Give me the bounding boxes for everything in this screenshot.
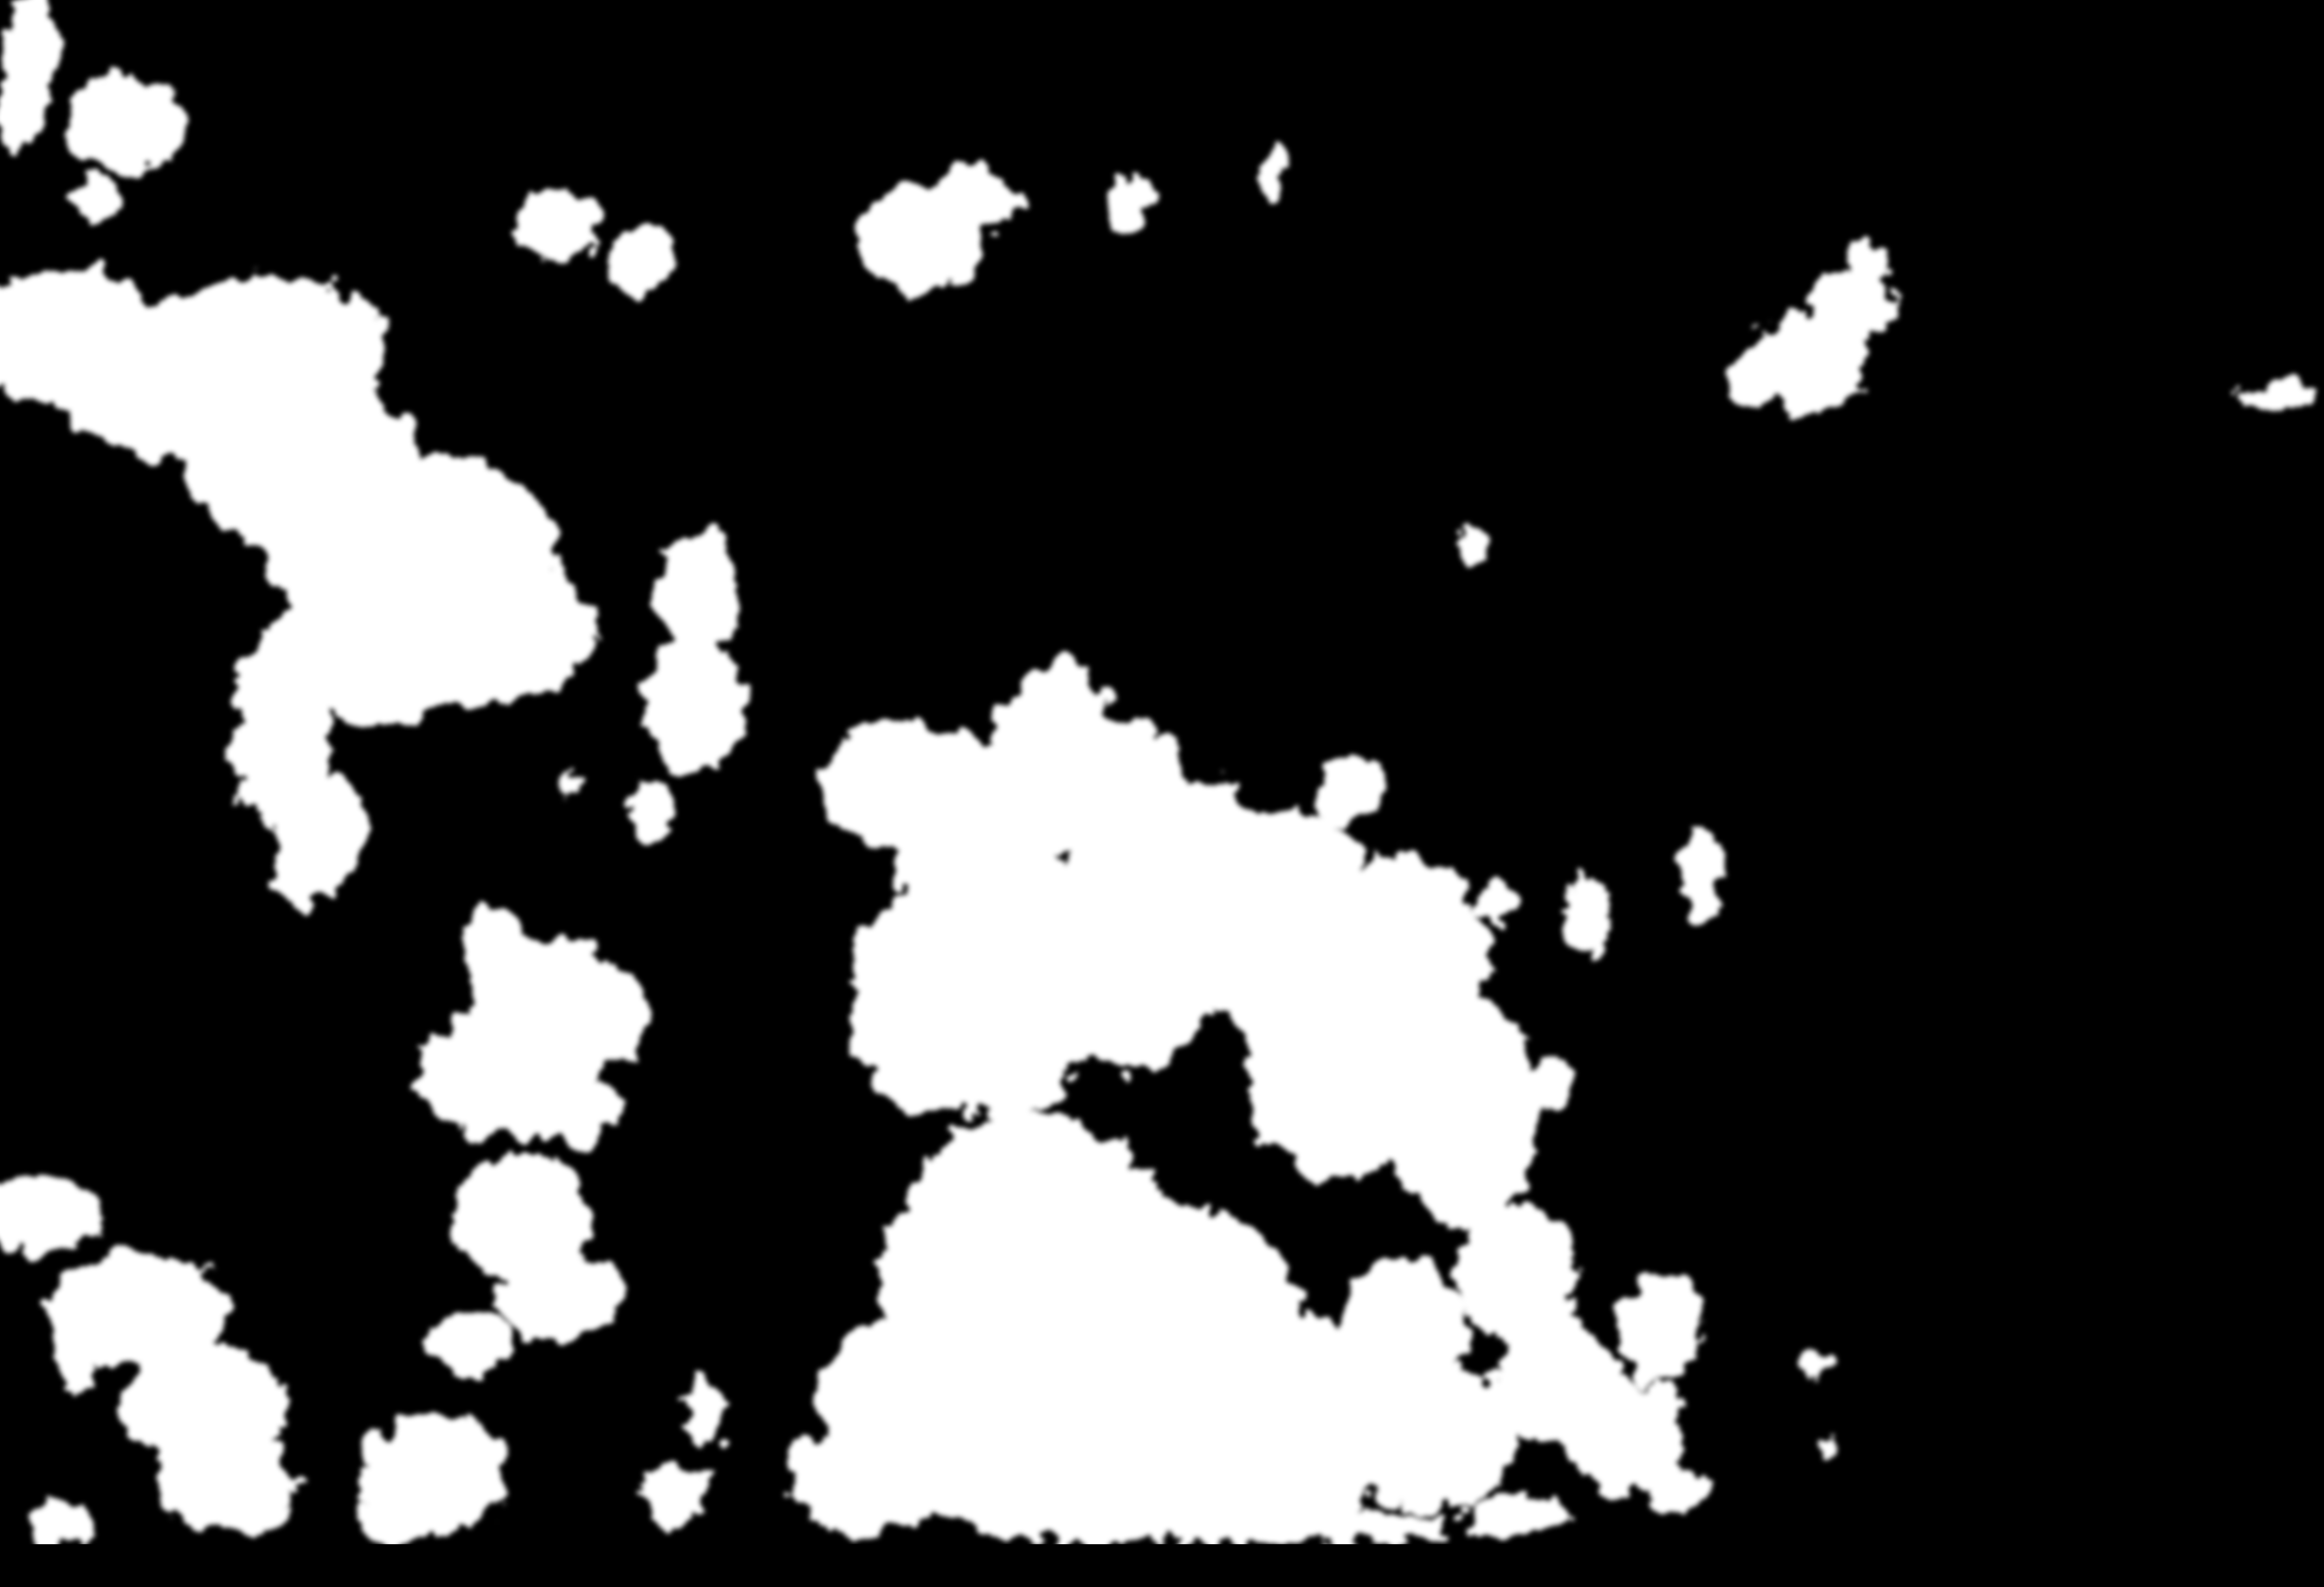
cloud-blob <box>1680 824 1723 921</box>
cloud-blob <box>629 780 672 845</box>
cloud-blob <box>65 76 184 173</box>
cloud-blob <box>851 889 992 1116</box>
cloud-blob <box>984 182 1022 219</box>
cloud-blob <box>1848 244 1892 276</box>
cloud-blob <box>515 190 602 265</box>
cloud-blob <box>27 1495 92 1544</box>
cloud-blob <box>157 1436 298 1533</box>
cloud-blob <box>1312 780 1355 824</box>
cloud-blob <box>786 1425 948 1533</box>
cloud-blob <box>558 769 580 802</box>
cloud-blob <box>1615 1273 1702 1382</box>
cloud-blob <box>1805 1349 1826 1382</box>
cloud-blob <box>1723 363 1789 406</box>
cloud-blob <box>1387 992 1539 1230</box>
cloud-blob <box>683 1376 726 1441</box>
cloud-blob <box>466 905 531 992</box>
cloud-blob <box>76 179 119 222</box>
cloud-blob <box>515 639 547 683</box>
cloud-blob <box>0 1176 103 1252</box>
cloud-blob <box>1528 1057 1572 1111</box>
cloud-blob <box>358 1501 434 1544</box>
cloud-blob <box>645 634 743 775</box>
cloud-blob <box>428 1311 515 1376</box>
cloud-blob <box>1106 179 1149 233</box>
cloud-blob <box>2244 379 2309 412</box>
bottom-border-band <box>0 1544 2324 1587</box>
cloud-blob <box>276 851 331 905</box>
cloud-blob <box>645 1463 710 1528</box>
cloud-blob <box>1474 878 1518 921</box>
cloud-blob <box>1463 1495 1572 1539</box>
cloud-blob <box>1458 531 1490 563</box>
cloud-blob <box>1257 152 1290 206</box>
cloud-blob <box>1648 1468 1713 1512</box>
cloud-blob <box>1810 271 1897 336</box>
cloud-mask-image <box>0 0 2324 1587</box>
cloud-mask-canvas <box>0 0 2324 1544</box>
cloud-blob <box>1366 845 1431 910</box>
cloud-blob <box>515 1078 623 1143</box>
cloud-blob <box>607 228 672 293</box>
cloud-blob <box>493 1252 623 1338</box>
cloud-blob <box>1566 872 1610 959</box>
cloud-blob <box>1344 1360 1518 1512</box>
cloud-regions <box>0 0 2309 1544</box>
cloud-blob <box>1816 1436 1837 1458</box>
cloud-blob <box>1111 1512 1328 1544</box>
cloud-blob <box>54 1322 98 1387</box>
